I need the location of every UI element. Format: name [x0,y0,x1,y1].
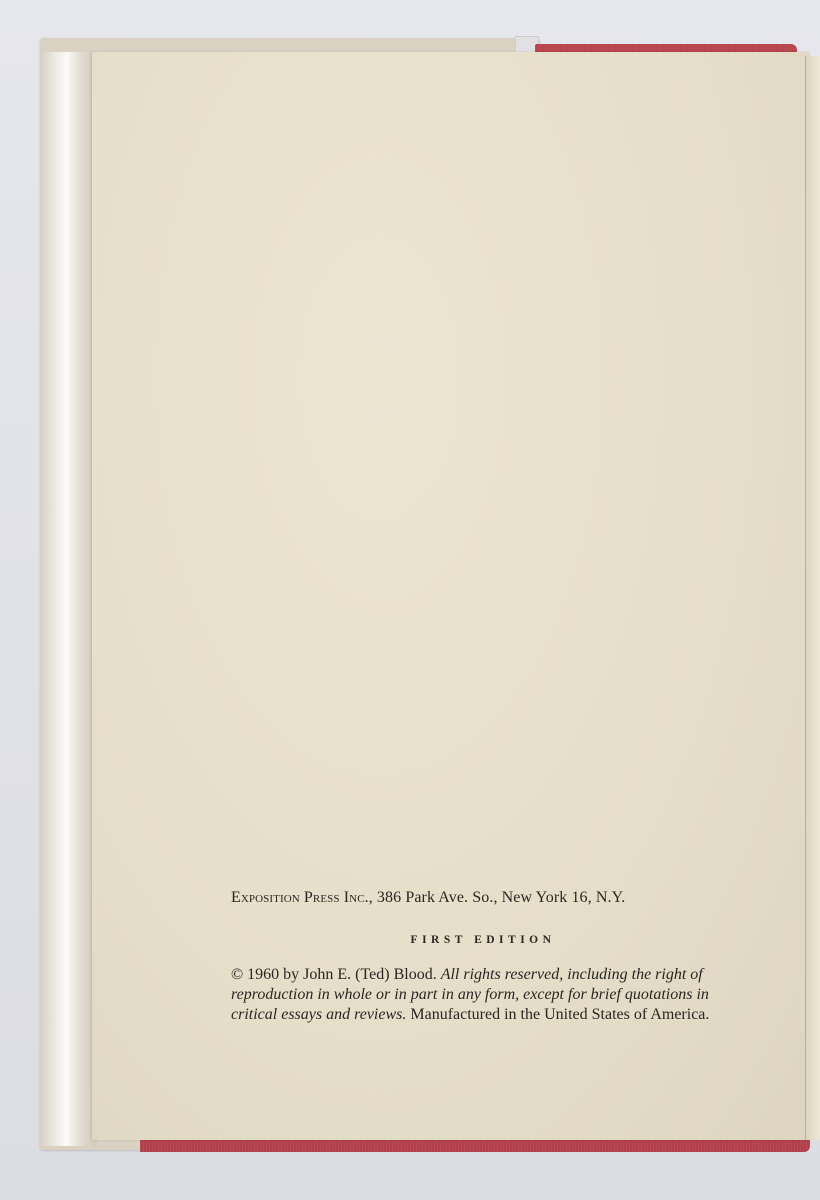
publisher-address: , 386 Park Ave. So., New York 16, N.Y. [369,889,626,906]
manufacture-statement: Manufactured in the United States of Ame… [406,1006,709,1023]
page-edge [805,56,820,1140]
imprint-block: Exposition Press Inc., 386 Park Ave. So.… [231,887,721,1025]
publisher-line: Exposition Press Inc., 386 Park Ave. So.… [231,887,721,908]
copyright-notice: © 1960 by John E. (Ted) Blood. All right… [231,965,721,1025]
copyright-line: © 1960 by John E. (Ted) Blood. [231,966,441,983]
edition-label: FIRST EDITION [231,930,721,951]
mylar-cover-left-edge [42,52,97,1146]
publisher-name: Exposition Press Inc. [231,889,369,906]
